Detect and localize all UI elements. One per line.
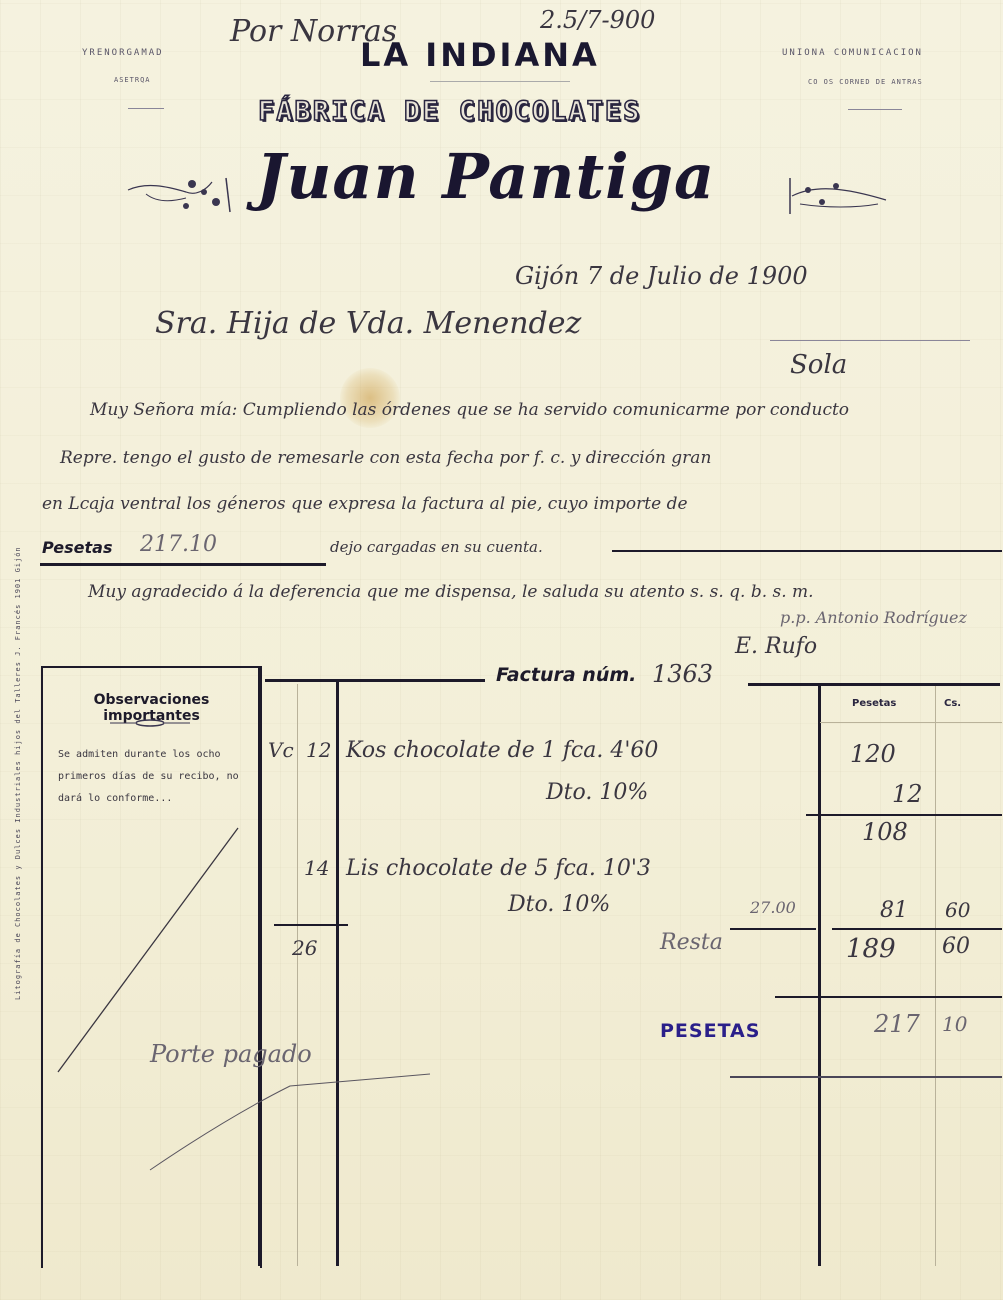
column-header-underline xyxy=(820,722,1002,723)
mark-column-line xyxy=(297,684,298,1266)
row-description: Lis chocolate de 5 fca. 10'3 xyxy=(346,856,651,881)
qty-total: 26 xyxy=(292,936,317,960)
qty-column-line xyxy=(336,682,339,1266)
top-annotation-date: 2.5/7-900 xyxy=(540,6,655,34)
signature-line1: p.p. Antonio Rodríguez xyxy=(780,608,967,627)
letterhead-right-line1: UNIONA COMUNICACION xyxy=(782,48,923,58)
invoice-number: 1363 xyxy=(652,660,713,688)
amount-note: dejo cargadas en su cuenta. xyxy=(330,538,543,556)
total-cts: 10 xyxy=(942,1012,967,1036)
subtotal-pesetas: 189 xyxy=(846,934,896,964)
subtotal-rule xyxy=(806,814,1002,816)
pesetas-stamp: PESETAS xyxy=(660,1020,760,1042)
row-mark: Vc xyxy=(268,738,294,762)
letterhead-left-line1: YRENORGAMAD xyxy=(82,48,164,58)
row-pesetas: 120 xyxy=(850,740,896,768)
row-description: Kos chocolate de 1 fca. 4'60 xyxy=(346,738,658,763)
letter-body-line2: Repre. tengo el gusto de remesarle con e… xyxy=(60,448,711,468)
signature-line2: E. Rufo xyxy=(735,634,817,659)
porte-note: Porte pagado xyxy=(150,1040,312,1068)
letter-body-line1: Muy Señora mía: Cumpliendo las órdenes q… xyxy=(90,400,849,420)
letter-body-line3: en Lcaja ventral los géneros que expresa… xyxy=(42,494,688,514)
row-description: Dto. 10% xyxy=(546,780,648,805)
row-qty: 12 xyxy=(306,738,331,762)
row-pesetas: 108 xyxy=(862,818,908,846)
letterhead-right-line2: CO OS CORNED DE ANTRAS xyxy=(808,78,923,86)
amount-underline xyxy=(40,563,326,566)
resta-rule xyxy=(832,928,1002,930)
subtotal-label: Resta xyxy=(660,930,723,955)
owner-name: Juan Pantiga xyxy=(256,140,715,213)
amount-label: Pesetas xyxy=(42,538,113,557)
amount-column-line xyxy=(818,686,821,1266)
recipient-line2: Sola xyxy=(790,350,847,380)
ornament-divider xyxy=(848,109,902,110)
row-pesetas: 81 xyxy=(880,898,908,923)
ornament-flourish-icon xyxy=(110,718,190,728)
letterhead-left-line2: ASETRQA xyxy=(114,76,151,84)
recipient-line1: Sra. Hija de Vda. Menendez xyxy=(155,306,581,341)
total-top-rule xyxy=(775,996,1002,998)
row-qty: 14 xyxy=(304,856,329,880)
total-pesetas: 217 xyxy=(874,1010,920,1038)
row-subamount: 27.00 xyxy=(750,898,796,917)
total-bottom-rule xyxy=(730,1076,1002,1078)
ornament-divider xyxy=(128,108,164,109)
amount-line-right xyxy=(612,550,1002,552)
row-pesetas: 12 xyxy=(892,780,923,808)
ornament-divider xyxy=(430,81,570,82)
invoice-rule-right xyxy=(748,683,1000,686)
observations-text: Se admiten durante los ocho primeros día… xyxy=(58,744,254,810)
subamount-rule xyxy=(730,928,816,930)
column-header-cts: Cs. xyxy=(944,698,961,709)
flourish-stroke xyxy=(140,1066,440,1176)
closing-line: Muy agradecido á la deferencia que me di… xyxy=(88,582,814,602)
cts-column-line xyxy=(935,686,936,1266)
qty-total-rule xyxy=(274,924,348,926)
place-date: Gijón 7 de Julio de 1900 xyxy=(515,262,808,290)
top-annotation-note: Por Norras xyxy=(230,14,397,49)
side-printer-imprint: Litografía de Chocolates y Dulces Indust… xyxy=(14,546,22,1000)
subtotal-cts: 60 xyxy=(942,934,970,959)
column-header-pesetas: Pesetas xyxy=(852,698,896,709)
floral-ornament-right-icon xyxy=(786,174,896,218)
obs-box-right-border xyxy=(258,666,261,1266)
recipient-underline xyxy=(770,340,970,341)
invoice-number-label: Factura núm. xyxy=(496,664,636,686)
amount-value: 217.10 xyxy=(140,532,217,557)
company-subtitle: FÁBRICA DE CHOCOLATES xyxy=(258,96,641,127)
row-description: Dto. 10% xyxy=(508,892,610,917)
row-cts: 60 xyxy=(945,898,970,922)
invoice-rule-left xyxy=(265,679,485,682)
floral-ornament-left-icon xyxy=(126,172,234,216)
